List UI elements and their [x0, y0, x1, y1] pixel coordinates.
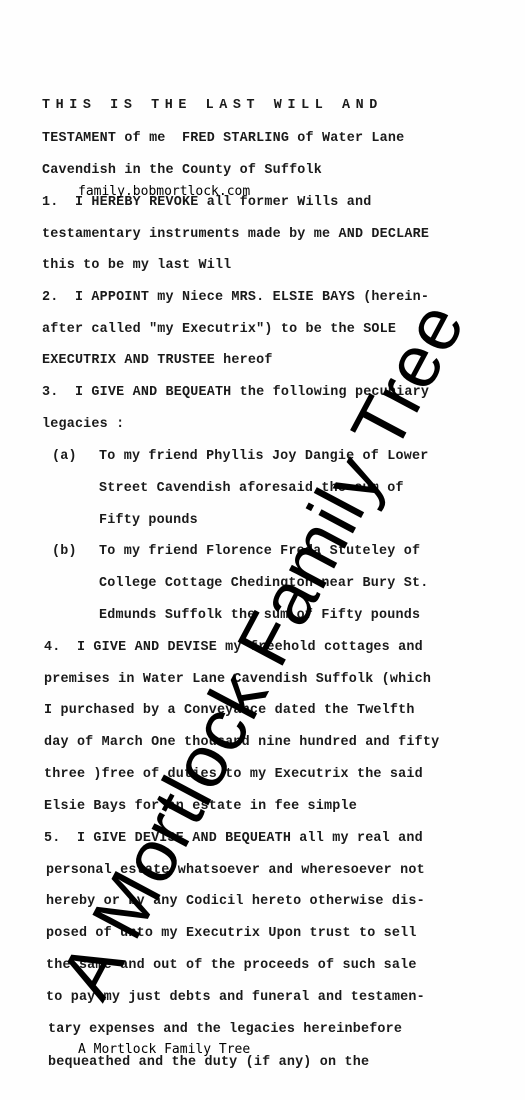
sub-clause-a-line: Fifty pounds	[99, 513, 198, 529]
will-title-line: THIS IS THE LAST WILL AND	[42, 98, 383, 114]
footer-watermark: A Mortlock Family Tree	[78, 1043, 250, 1057]
will-text-line: bequeathed and the duty (if any) on the	[48, 1055, 369, 1071]
sub-clause-b-line: To my friend Florence Freda Stuteley of	[99, 544, 420, 560]
will-text-line: testamentary instruments made by me AND …	[42, 227, 429, 243]
will-text-line: this to be my last Will	[42, 258, 231, 274]
will-text-line: Cavendish in the County of Suffolk	[42, 163, 322, 179]
clause-2-line: 2. I APPOINT my Niece MRS. ELSIE BAYS (h…	[42, 290, 429, 306]
will-text-line: EXECUTRIX AND TRUSTEE hereof	[42, 353, 273, 369]
clause-5-line: 5. I GIVE DEVISE AND BEQUEATH all my rea…	[44, 831, 423, 847]
scanned-will-page: THIS IS THE LAST WILL AND TESTAMENT of m…	[0, 0, 525, 1100]
will-text-line: legacies :	[42, 417, 124, 433]
sub-clause-b-label: (b)	[52, 544, 77, 560]
sub-clause-a-label: (a)	[52, 449, 77, 465]
will-text-line: TESTAMENT of me FRED STARLING of Water L…	[42, 131, 404, 147]
will-text-line: after called "my Executrix") to be the S…	[42, 322, 396, 338]
url-watermark: family.bobmortlock.com	[78, 185, 250, 199]
will-text-line: tary expenses and the legacies hereinbef…	[48, 1022, 402, 1038]
